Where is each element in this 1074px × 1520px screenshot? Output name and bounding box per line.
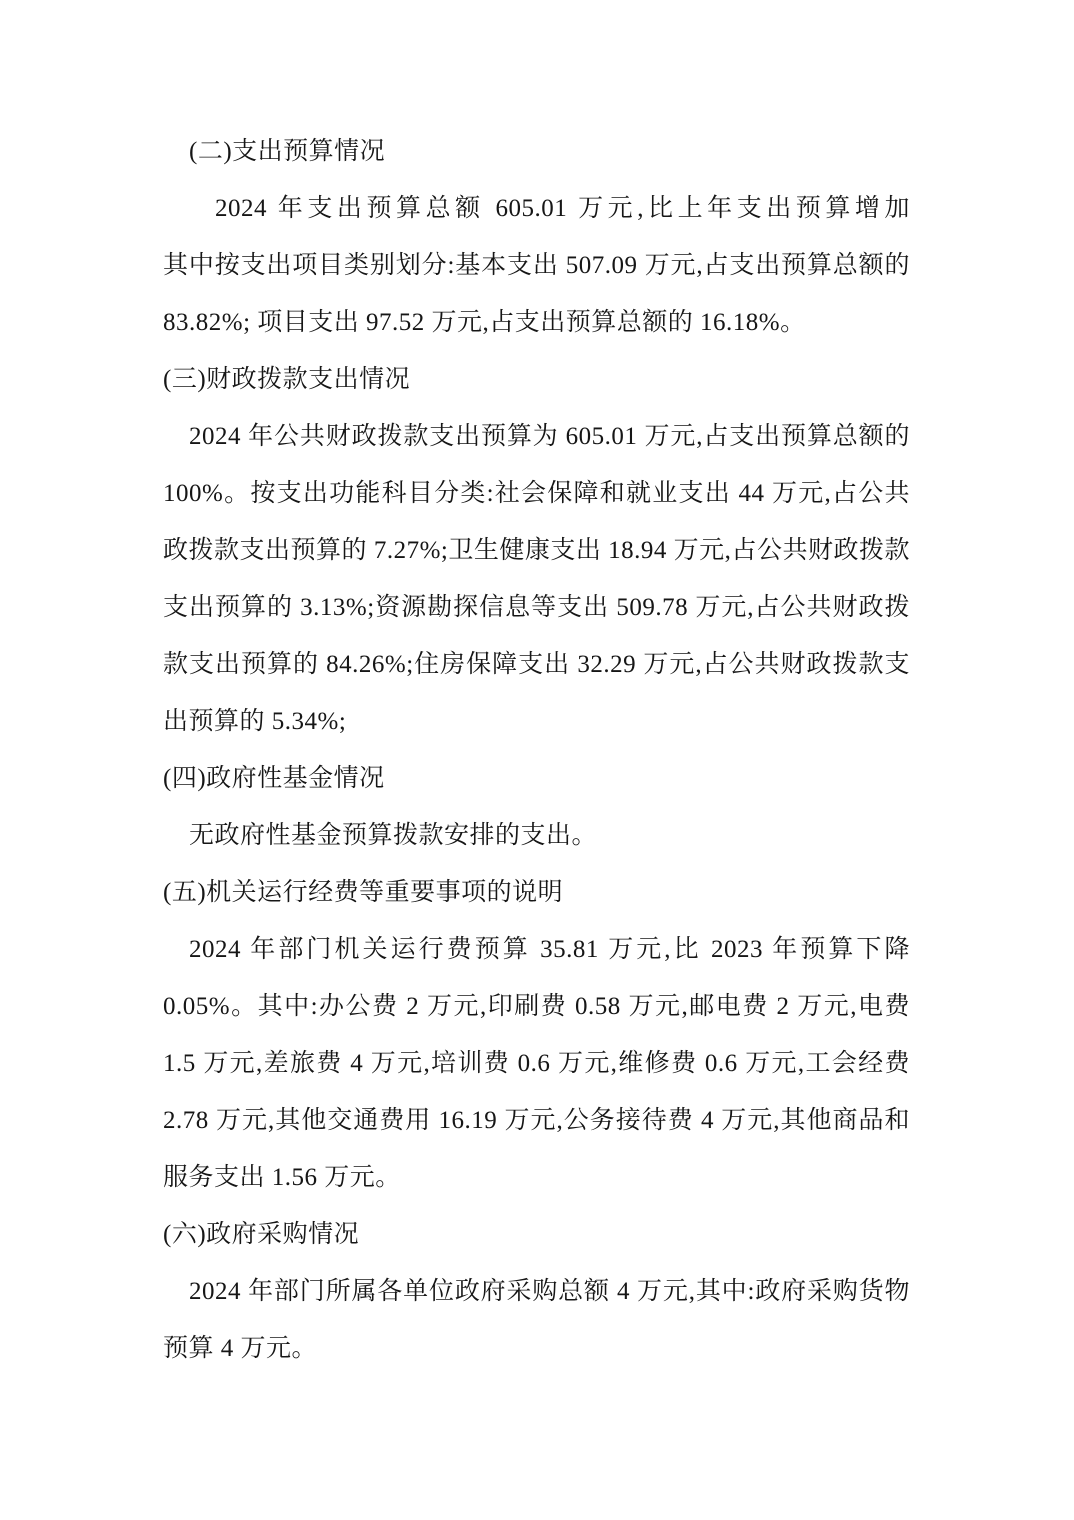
text-line: 2024 年公共财政拨款支出预算为 605.01 万元,占支出预算总额的	[163, 408, 910, 465]
heading-line: (四)政府性基金情况	[163, 750, 910, 807]
text-line: 1.5 万元,差旅费 4 万元,培训费 0.6 万元,维修费 0.6 万元,工会…	[163, 1035, 910, 1092]
paragraph-operating-expenses: 2024 年部门机关运行费预算 35.81 万元,比 2023 年预算下降 0.…	[163, 921, 910, 1206]
text-line: 支出预算的 3.13%;资源勘探信息等支出 509.78 万元,占公共财政拨	[163, 579, 910, 636]
text-line: 政拨款支出预算的 7.27%;卫生健康支出 18.94 万元,占公共财政拨款	[163, 522, 910, 579]
text-line: 服务支出 1.56 万元。	[163, 1149, 910, 1206]
text-line: 100%。按支出功能科目分类:社会保障和就业支出 44 万元,占公共财	[163, 465, 910, 522]
text-line: 83.82%; 项目支出 97.52 万元,占支出预算总额的 16.18%。	[163, 294, 910, 351]
heading-line: (五)机关运行经费等重要事项的说明	[163, 864, 910, 921]
section-heading-fiscal-allocation-expenditure: (三)财政拨款支出情况	[163, 351, 910, 408]
paragraph-fiscal-allocation-expenditure: 2024 年公共财政拨款支出预算为 605.01 万元,占支出预算总额的 100…	[163, 408, 910, 750]
paragraph-government-procurement: 2024 年部门所属各单位政府采购总额 4 万元,其中:政府采购货物 预算 4 …	[163, 1263, 910, 1377]
text-line: 出预算的 5.34%;	[163, 693, 910, 750]
heading-line: (二)支出预算情况	[163, 123, 910, 180]
paragraph-government-funds: 无政府性基金预算拨款安排的支出。	[163, 807, 910, 864]
section-heading-operating-expenses: (五)机关运行经费等重要事项的说明	[163, 864, 910, 921]
text-line: 其中按支出项目类别划分:基本支出 507.09 万元,占支出预算总额的	[163, 237, 910, 294]
heading-line: (三)财政拨款支出情况	[163, 351, 910, 408]
section-heading-government-procurement: (六)政府采购情况	[163, 1206, 910, 1263]
text-line: 2024 年部门机关运行费预算 35.81 万元,比 2023 年预算下降	[163, 921, 910, 978]
document-page: (二)支出预算情况 2024 年支出预算总额 605.01 万元,比上年支出预算…	[0, 0, 1074, 1520]
text-line: 2024 年部门所属各单位政府采购总额 4 万元,其中:政府采购货物	[163, 1263, 910, 1320]
section-heading-expenditure-budget: (二)支出预算情况	[163, 123, 910, 180]
text-line: 无政府性基金预算拨款安排的支出。	[163, 807, 910, 864]
paragraph-expenditure-budget: 2024 年支出预算总额 605.01 万元,比上年支出预算增加 4.47%。 …	[163, 180, 910, 351]
text-line: 2.78 万元,其他交通费用 16.19 万元,公务接待费 4 万元,其他商品和	[163, 1092, 910, 1149]
heading-line: (六)政府采购情况	[163, 1206, 910, 1263]
section-heading-government-funds: (四)政府性基金情况	[163, 750, 910, 807]
text-line: 0.05%。其中:办公费 2 万元,印刷费 0.58 万元,邮电费 2 万元,电…	[163, 978, 910, 1035]
text-line: 款支出预算的 84.26%;住房保障支出 32.29 万元,占公共财政拨款支	[163, 636, 910, 693]
text-line: 预算 4 万元。	[163, 1320, 910, 1377]
text-line: 2024 年支出预算总额 605.01 万元,比上年支出预算增加 4.47%。	[163, 180, 910, 237]
